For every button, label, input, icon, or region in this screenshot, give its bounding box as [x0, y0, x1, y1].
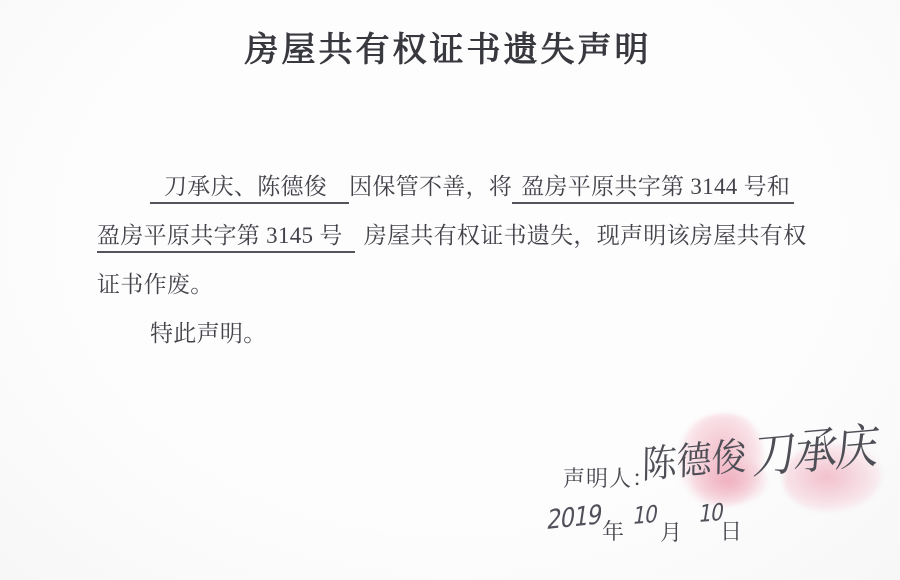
handwritten-month: 10	[631, 500, 659, 530]
scanned-document-page: 房屋共有权证书遗失声明 刀承庆、陈德俊因保管不善，将盈房平原共字第 3144 号…	[0, 0, 900, 580]
body-line-3: 证书作废。	[97, 260, 847, 309]
document-body: 刀承庆、陈德俊因保管不善，将盈房平原共字第 3144 号和 盈房平原共字第 31…	[97, 162, 847, 358]
handwritten-signature-dao-chengqing: 刀承庆	[751, 407, 881, 488]
certificate-number-1-blank: 盈房平原共字第 3144 号和	[512, 174, 794, 204]
year-suffix-label: 年	[602, 515, 625, 546]
body-line-1: 刀承庆、陈德俊因保管不善，将盈房平原共字第 3144 号和	[150, 162, 847, 211]
handwritten-signature-chen-dejun: 陈德俊	[642, 425, 747, 489]
body-line-2: 盈房平原共字第 3145 号房屋共有权证书遗失，现声明该房屋共有权	[97, 211, 847, 260]
closing-statement: 特此声明。	[150, 309, 847, 358]
document-title: 房屋共有权证书遗失声明	[0, 22, 896, 71]
handwritten-day: 10	[697, 498, 725, 528]
handwritten-year: 2019	[545, 500, 604, 536]
certificate-number-2-blank: 盈房平原共字第 3145 号	[97, 223, 355, 253]
body-line-2-text: 房屋共有权证书遗失，现声明该房屋共有权	[364, 223, 807, 248]
day-suffix-label: 日	[720, 515, 743, 546]
body-line-1-text: 因保管不善，将	[349, 174, 512, 199]
month-suffix-label: 月	[660, 516, 683, 547]
declarant-names-blank: 刀承庆、陈德俊	[150, 174, 349, 204]
